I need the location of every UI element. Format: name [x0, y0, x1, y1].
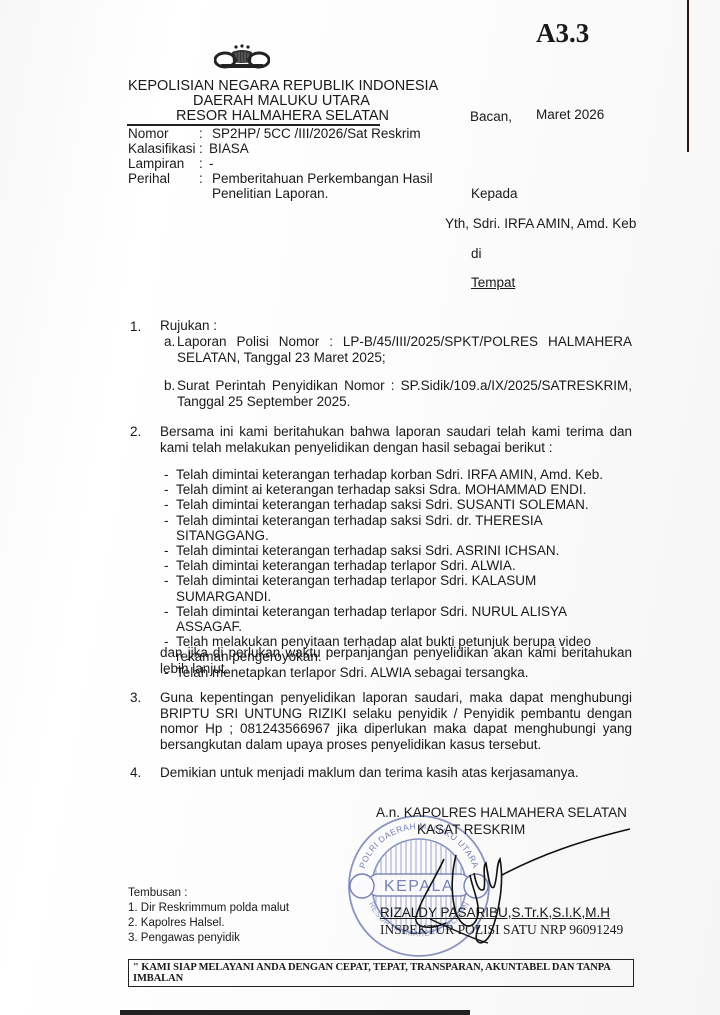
meta-colon: : [199, 171, 203, 186]
reference-b-letter: b. [164, 378, 175, 394]
point-1-number: 1. [130, 319, 141, 334]
carbon-copy-item: 1. Dir Reskrimmum polda malut [128, 901, 289, 916]
letter-place: Bacan, [470, 109, 512, 124]
investigation-result-item: -Telah dimintai keterangan terhadap saks… [164, 543, 634, 558]
form-code-label: A3.3 [536, 18, 589, 49]
meta-label-lampiran: Lampiran [128, 156, 184, 171]
bullet-dash: - [164, 513, 169, 528]
signatory-rank: INSPEKTUR POLISI SATU NRP 96091249 [380, 922, 623, 938]
meta-label-perihal: Perihal [128, 171, 170, 186]
reference-a-text: Laporan Polisi Nomor : LP-B/45/III/2025/… [177, 334, 632, 365]
investigation-result-text: Telah dimintai keterangan terhadap terla… [176, 558, 516, 573]
investigation-result-item: -Telah dimintai keterangan terhadap terl… [164, 558, 634, 573]
meta-colon: : [199, 156, 203, 171]
reference-a-letter: a. [164, 334, 175, 350]
letterhead-line-1: KEPOLISIAN NEGARA REPUBLIK INDONESIA [128, 78, 438, 94]
letterhead-line-2: DAERAH MALUKU UTARA [193, 93, 370, 109]
service-motto: " KAMI SIAP MELAYANI ANDA DENGAN CEPAT, … [133, 962, 633, 984]
meta-label-klasifikasi: Kalasifikasi [128, 141, 196, 156]
investigation-result-text: Telah dimint ai keterangan terhadap saks… [176, 482, 586, 497]
point-2-number: 2. [130, 424, 141, 439]
point-2-intro: Bersama ini kami beritahukan bahwa lapor… [160, 424, 632, 455]
service-motto-box: " KAMI SIAP MELAYANI ANDA DENGAN CEPAT, … [128, 959, 634, 987]
signatory-name: RIZALDY PASARIBU,S.Tr.K,S.I.K,M.H [380, 905, 610, 920]
investigation-result-text: Telah dimintai keterangan terhadap terla… [176, 604, 566, 634]
carbon-copy-title: Tembusan : [128, 886, 289, 901]
point-3-text: Guna kepentingan penyelidikan laporan sa… [160, 690, 632, 752]
reference-a: a. Laporan Polisi Nomor : LP-B/45/III/20… [164, 334, 632, 366]
recipient-tempat: Tempat [471, 275, 515, 290]
bullet-dash: - [164, 558, 169, 573]
investigation-result-item: -Telah dimintai keterangan terhadap saks… [164, 497, 634, 512]
bullet-dash: - [164, 482, 169, 497]
point-2-closing: dan jika di perlukan waktu perpanjangan … [160, 645, 632, 676]
investigation-result-item: -Telah dimintai keterangan terhadap terl… [164, 604, 634, 634]
investigation-result-text: Telah dimintai keterangan terhadap saksi… [176, 497, 589, 512]
carbon-copy-item: 2. Kapolres Halsel. [128, 916, 289, 931]
meta-value-perihal: Pemberitahuan Perkembangan Hasil [212, 171, 433, 186]
meta-value-lampiran: - [209, 156, 214, 171]
carbon-copy-item: 3. Pengawas penyidik [128, 931, 289, 946]
bullet-dash: - [164, 573, 169, 588]
police-emblem-icon [214, 44, 270, 70]
meta-value-nomor: SP2HP/ 5CC /III/2026/Sat Reskrim [212, 126, 421, 141]
bullet-dash: - [164, 604, 169, 619]
reference-b-text: Surat Perintah Penyidikan Nomor : SP.Sid… [177, 378, 632, 409]
page-bottom-shadow [120, 1010, 470, 1015]
investigation-result-item: -Telah dimintai keterangan terhadap korb… [164, 467, 634, 482]
meta-colon: : [199, 141, 203, 156]
bullet-dash: - [164, 467, 169, 482]
letter-date: Maret 2026 [536, 107, 604, 122]
investigation-result-text: Telah dimintai keterangan terhadap saksi… [176, 543, 559, 558]
point-3-number: 3. [130, 690, 141, 705]
investigation-result-text: Telah dimintai keterangan terhadap terla… [176, 573, 536, 603]
recipient-di: di [471, 246, 482, 261]
investigation-result-item: -Telah dimint ai keterangan terhadap sak… [164, 482, 634, 497]
bullet-dash: - [164, 497, 169, 512]
letterhead-line-3: RESOR HALMAHERA SELATAN [176, 108, 389, 124]
investigation-result-text: Telah dimintai keterangan terhadap korba… [176, 467, 603, 482]
point-4-text: Demikian untuk menjadi maklum dan terima… [160, 765, 632, 781]
point-4-number: 4. [130, 765, 141, 780]
reference-b: b. Surat Perintah Penyidikan Nomor : SP.… [164, 378, 632, 410]
meta-label-nomor: Nomor [128, 126, 169, 141]
meta-value-klasifikasi: BIASA [209, 141, 249, 156]
page-edge [687, 0, 689, 152]
investigation-result-text: Telah dimintai keterangan terhadap saksi… [176, 513, 542, 543]
meta-value-perihal-line2: Penelitian Laporan. [212, 186, 328, 201]
carbon-copy: Tembusan : 1. Dir Reskrimmum polda malut… [128, 886, 289, 946]
meta-colon: : [199, 126, 203, 141]
bullet-dash: - [164, 543, 169, 558]
investigation-result-item: -Telah dimintai keterangan terhadap saks… [164, 513, 634, 543]
point-1-title: Rujukan : [160, 318, 632, 334]
investigation-result-item: -Telah dimintai keterangan terhadap terl… [164, 573, 634, 603]
recipient-kepada: Kepada [471, 186, 518, 201]
recipient-name: Yth, Sdri. IRFA AMIN, Amd. Keb [445, 216, 636, 231]
